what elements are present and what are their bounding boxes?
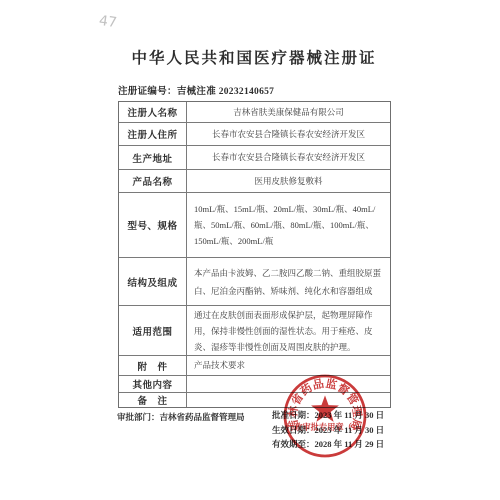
row-value: 本产品由卡波姆、乙二胺四乙酸二钠、重组胶原蛋白、尼泊金丙酯钠、矫味剂、纯化水和容… bbox=[187, 258, 390, 305]
row-label: 附 件 bbox=[119, 356, 187, 375]
registration-number-line: 注册证编号：吉械注准 20232140657 bbox=[118, 83, 274, 97]
row-label: 适用范围 bbox=[119, 306, 187, 355]
expiry-date-value: 2028 年 11 月 29 日 bbox=[315, 439, 385, 449]
approval-department-line: 审批部门：吉林省药品监督管理局 bbox=[117, 411, 245, 423]
table-row: 注册人名称 吉林省肤美康保健品有限公司 bbox=[119, 102, 390, 122]
row-label: 备 注 bbox=[119, 393, 187, 407]
row-value: 医用皮肤修复敷料 bbox=[187, 170, 390, 192]
table-row: 结构及组成 本产品由卡波姆、乙二胺四乙酸二钠、重组胶原蛋白、尼泊金丙酯钠、矫味剂… bbox=[119, 257, 390, 305]
table-row: 生产地址 长春市农安县合隆镇长春农安经济开发区 bbox=[119, 145, 390, 169]
table-row: 产品名称 医用皮肤修复敷料 bbox=[119, 169, 390, 192]
page-title: 中华人民共和国医疗器械注册证 bbox=[0, 46, 500, 68]
registration-number-value: 吉械注准 20232140657 bbox=[177, 87, 274, 97]
row-value: 长春市农安县合隆镇长春农安经济开发区 bbox=[187, 146, 390, 169]
table-row: 附 件 产品技术要求 bbox=[119, 355, 390, 375]
certificate-page: 47 中华人民共和国医疗器械注册证 注册证编号：吉械注准 20232140657… bbox=[0, 0, 500, 500]
certificate-table: 注册人名称 吉林省肤美康保健品有限公司 注册人住所 长春市农安县合隆镇长春农安经… bbox=[118, 101, 391, 408]
approval-date-label: 批准日期： bbox=[272, 410, 315, 420]
row-label: 注册人住所 bbox=[119, 123, 187, 145]
approval-department-label: 审批部门： bbox=[117, 412, 160, 422]
row-label: 产品名称 bbox=[119, 170, 187, 192]
effective-date-label: 生效日期： bbox=[272, 425, 315, 435]
row-label: 注册人名称 bbox=[119, 102, 187, 122]
row-value: 长春市农安县合隆镇长春农安经济开发区 bbox=[187, 123, 390, 145]
row-value: 通过在皮肤创面表面形成保护层，起物理屏障作用，保持非慢性创面的湿性状态。用于痤疮… bbox=[187, 306, 390, 355]
handwritten-mark: 47 bbox=[98, 13, 118, 31]
table-row: 适用范围 通过在皮肤创面表面形成保护层，起物理屏障作用，保持非慢性创面的湿性状态… bbox=[119, 305, 390, 355]
effective-date-value: 2023 年 11 月 30 日 bbox=[315, 425, 385, 435]
approval-date-line: 批准日期：2023 年 11 月 30 日 bbox=[272, 408, 384, 423]
row-label: 其他内容 bbox=[119, 376, 187, 392]
approval-department-value: 吉林省药品监督管理局 bbox=[160, 412, 245, 422]
row-label: 结构及组成 bbox=[119, 258, 187, 305]
row-value: 10mL/瓶、15mL/瓶、20mL/瓶、30mL/瓶、40mL/瓶、50mL/… bbox=[187, 193, 390, 257]
registration-number-label: 注册证编号： bbox=[118, 87, 177, 97]
row-label: 型号、规格 bbox=[119, 193, 187, 257]
table-row: 注册人住所 长春市农安县合隆镇长春农安经济开发区 bbox=[119, 122, 390, 145]
approval-date-value: 2023 年 11 月 30 日 bbox=[315, 410, 385, 420]
expiry-date-line: 有效期至：2028 年 11 月 29 日 bbox=[272, 437, 384, 452]
table-row: 其他内容 bbox=[119, 375, 390, 392]
row-value bbox=[187, 393, 390, 407]
row-label: 生产地址 bbox=[119, 146, 187, 169]
table-row: 型号、规格 10mL/瓶、15mL/瓶、20mL/瓶、30mL/瓶、40mL/瓶… bbox=[119, 192, 390, 257]
expiry-date-label: 有效期至： bbox=[272, 439, 315, 449]
row-value: 吉林省肤美康保健品有限公司 bbox=[187, 102, 390, 122]
row-value: 产品技术要求 bbox=[187, 356, 390, 375]
table-row: 备 注 bbox=[119, 392, 390, 407]
row-value bbox=[187, 376, 390, 392]
effective-date-line: 生效日期：2023 年 11 月 30 日 bbox=[272, 423, 384, 438]
date-lines: 批准日期：2023 年 11 月 30 日 生效日期：2023 年 11 月 3… bbox=[272, 408, 384, 452]
